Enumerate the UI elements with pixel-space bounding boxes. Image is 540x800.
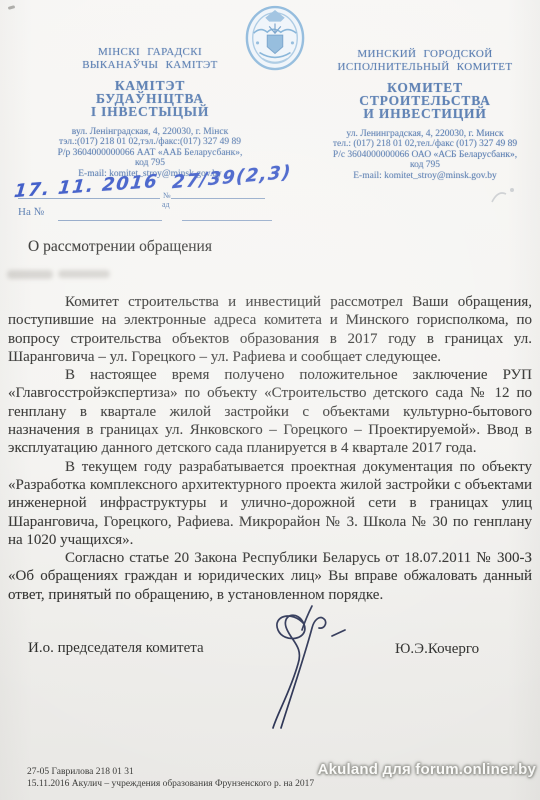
org-name-line: МИНСКИЙ ГОРОДСКОЙ — [305, 48, 540, 61]
footer-block: 27-05 Гаврилова 218 01 31 15.11.2016 Аку… — [27, 767, 314, 790]
org-name-line: ИСПОЛНИТЕЛЬНЫЙ КОМИТЕТ — [305, 61, 540, 74]
letterhead-right: МИНСКИЙ ГОРОДСКОЙ ИСПОЛНИТЕЛЬНЫЙ КОМИТЕТ… — [305, 48, 540, 181]
address-line: ул. Ленинградская, 4, 220030, г. Минск — [305, 129, 540, 139]
outgoing-number-label: № — [163, 192, 171, 200]
body-paragraph: В настоящее время получено положительное… — [8, 366, 532, 457]
incoming-date-underline — [182, 220, 272, 221]
signatory-name: Ю.Э.Кочерго — [395, 641, 479, 658]
phone-line: тэл.:(017) 218 01 02,тэл./факс:(017) 327… — [30, 137, 270, 147]
body-paragraph: В текущем году разрабатывается проектная… — [8, 458, 532, 549]
body-paragraph: Комитет строительства и инвестиций рассм… — [8, 293, 532, 366]
redacted-smudge — [58, 270, 110, 278]
signature-scribble-icon — [252, 584, 352, 732]
email-line: E-mail: komitet_stroy@minsk.gov.by — [305, 171, 540, 181]
incoming-number-underline — [58, 220, 162, 221]
org-name-line: МІНСКІ ГАРАДСКІ — [30, 46, 270, 59]
scan-artifact-speck — [8, 5, 16, 10]
pen-mark-icon — [488, 182, 522, 208]
letterhead-left: МІНСКІ ГАРАДСКІ ВЫКАНАЎЧЫ КАМІТЭТ КАМІТЭ… — [30, 46, 270, 179]
incoming-ref-label: На № — [18, 206, 44, 218]
footer-executor-line: 27-05 Гаврилова 218 01 31 — [27, 767, 314, 779]
footer-note-line: 15.11.2016 Акулич – учреждения образован… — [27, 779, 314, 791]
committee-title-line: І ІНВЕСТЫЦЫЙ — [30, 105, 270, 118]
scanned-letter-page: МІНСКІ ГАРАДСКІ ВЫКАНАЎЧЫ КАМІТЭТ КАМІТЭ… — [0, 0, 540, 800]
bank-line: Р/р 3604000000066 ААТ «ААБ Беларусбанк», — [30, 148, 270, 158]
bank-code-line: код 795 — [305, 160, 540, 170]
date-underline — [18, 198, 160, 199]
address-line: вул. Ленінградская, 4, 220030, г. Мінск — [30, 127, 270, 137]
letter-body: Комитет строительства и инвестиций рассм… — [8, 293, 532, 604]
number-underline — [171, 198, 265, 199]
outgoing-date-sublabel: ад — [162, 201, 170, 209]
phone-line: тел.: (017) 218 01 02,тел./факс (017) 32… — [305, 139, 540, 149]
committee-title-line: И ИНВЕСТИЦИЙ — [305, 107, 540, 120]
subject-line: О рассмотрении обращения — [28, 238, 212, 256]
redacted-smudge — [7, 270, 53, 279]
signatory-position: И.о. председателя комитета — [28, 640, 204, 657]
watermark-credit: Akuland для forum.onliner.by — [316, 761, 536, 778]
bank-line: Р/с 3604000000066 ОАО «АСБ Беларусбанк», — [305, 150, 540, 160]
org-name-line: ВЫКАНАЎЧЫ КАМІТЭТ — [30, 59, 270, 72]
